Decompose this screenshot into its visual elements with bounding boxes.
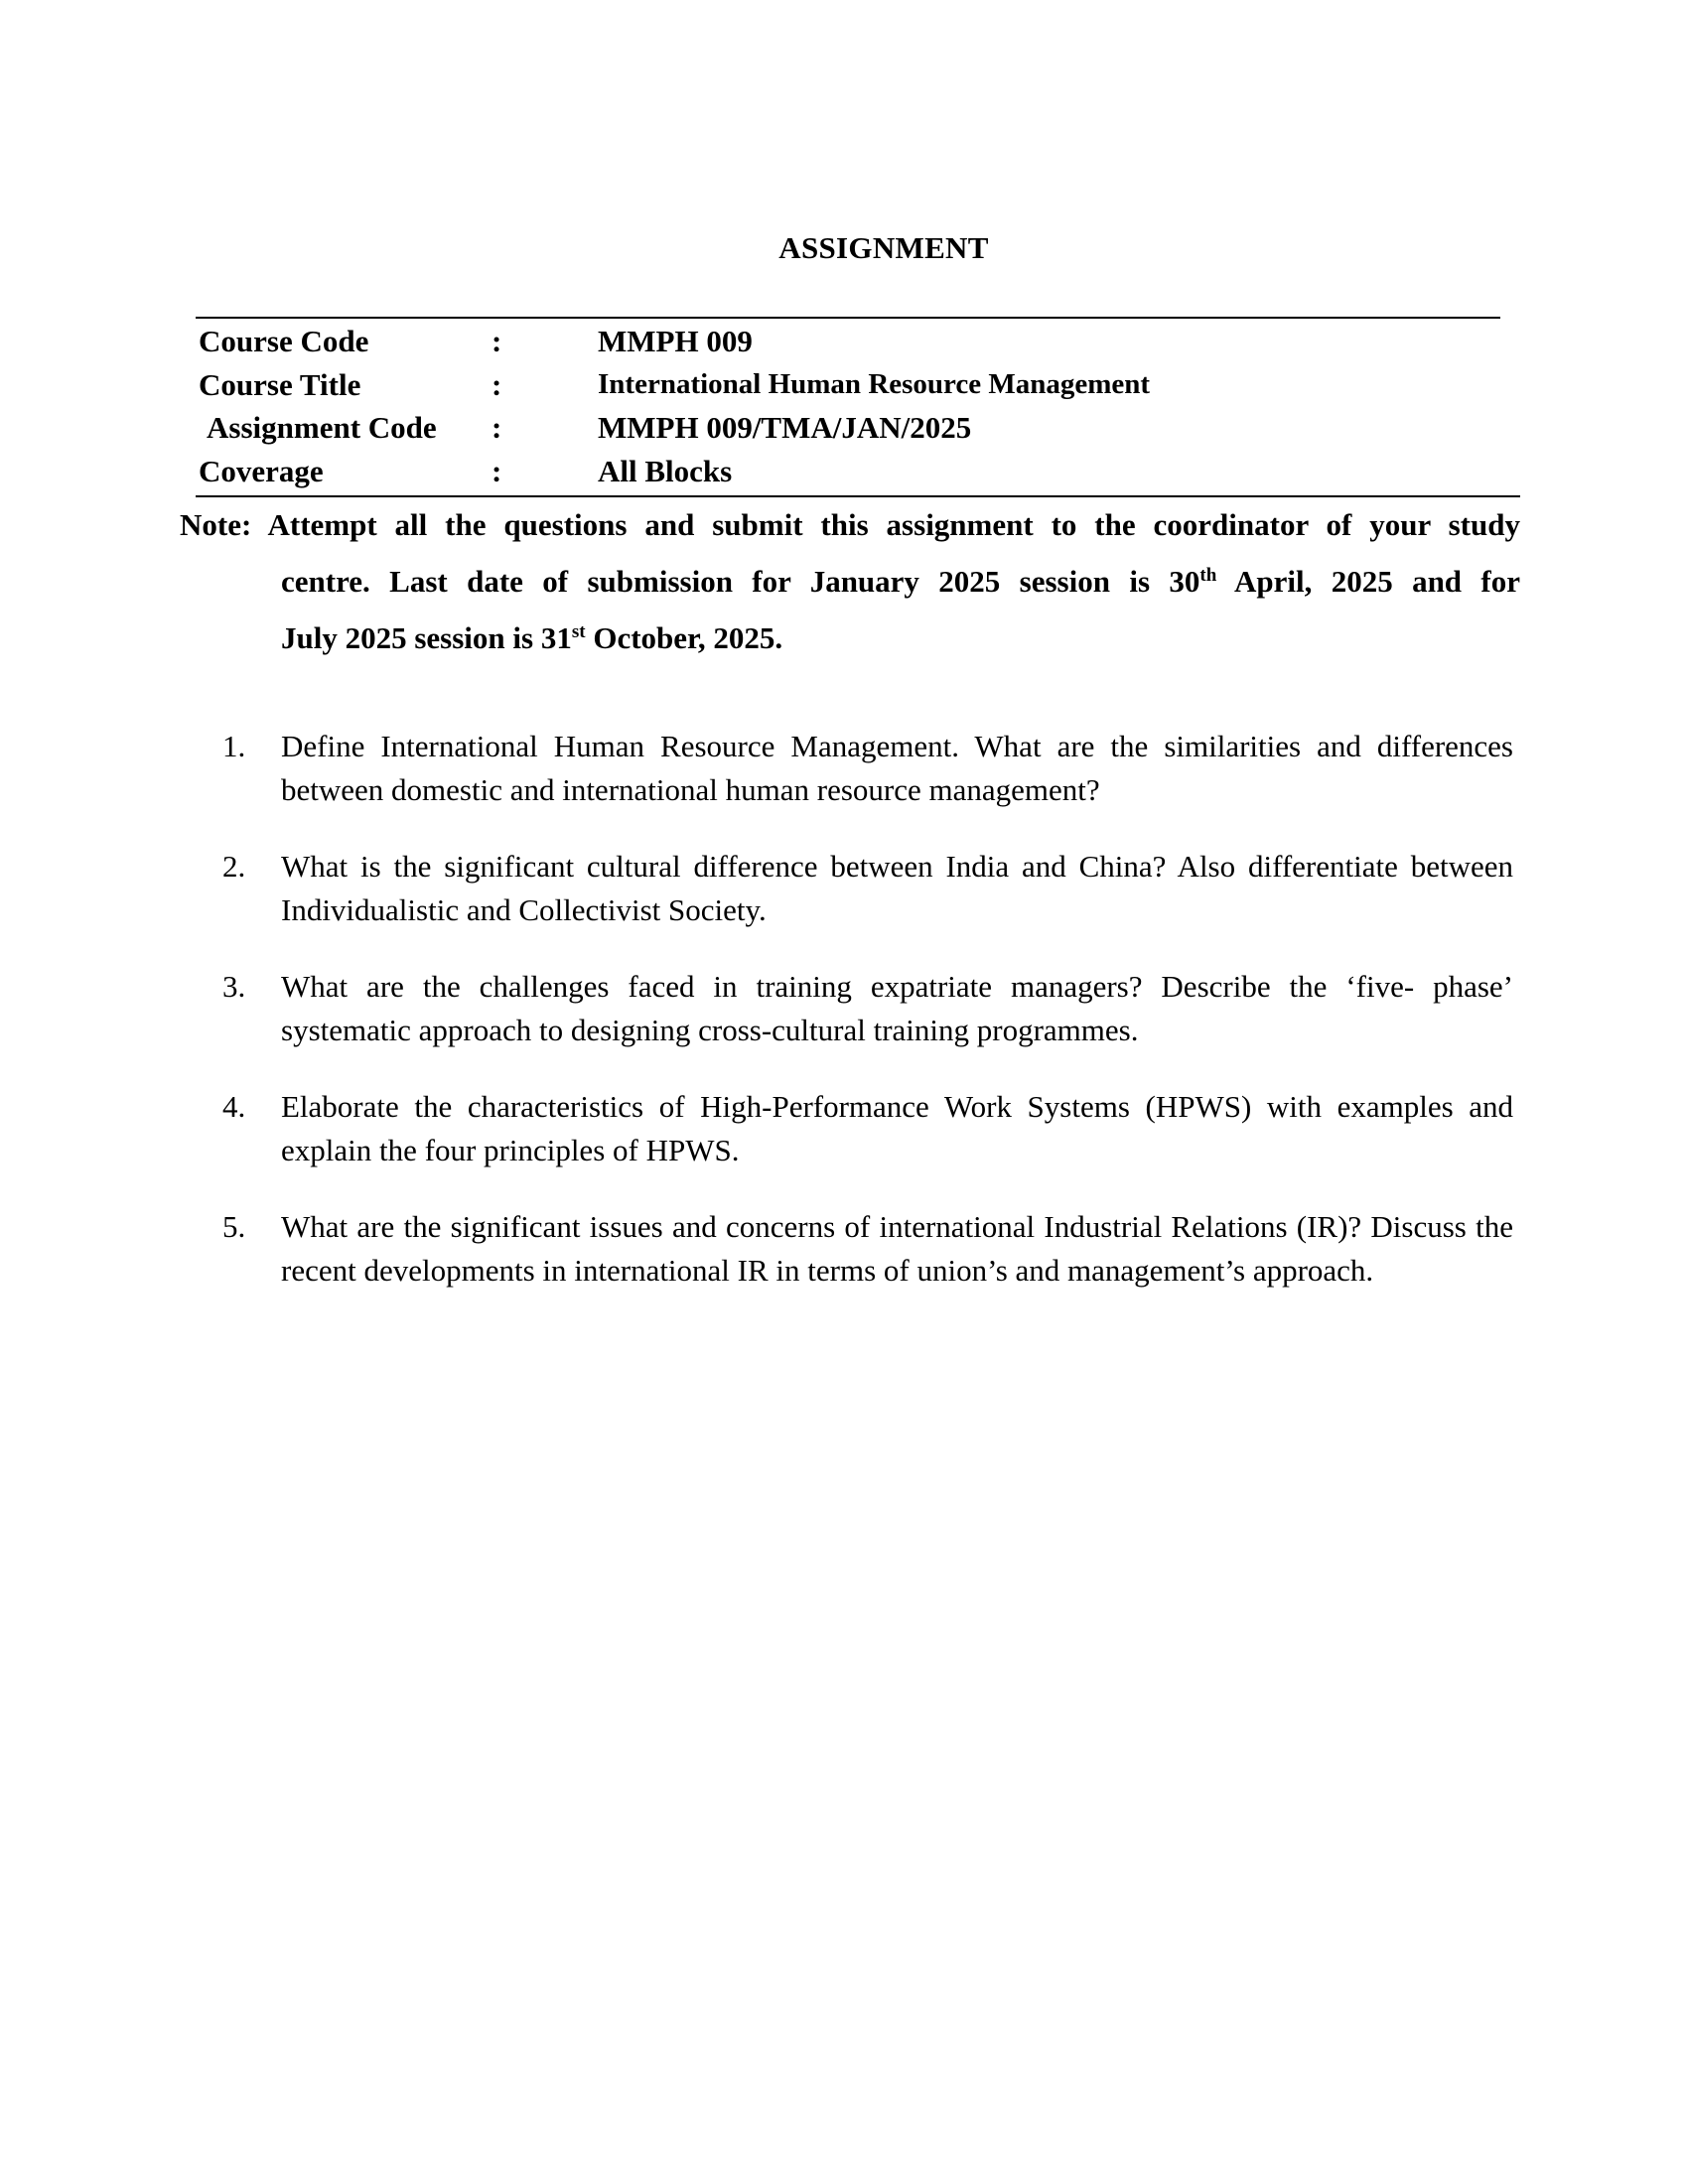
question-text: What are the challenges faced in trainin… [281, 969, 1513, 1047]
question-list: 1. Define International Human Resource M… [222, 725, 1513, 1325]
assignment-code-value: MMPH 009/TMA/JAN/2025 [598, 406, 971, 449]
question-item: 5. What are the significant issues and c… [222, 1205, 1513, 1293]
course-code-label: Course Code [199, 320, 368, 362]
note-text: October, 2025. [586, 620, 783, 655]
note-text: July 2025 session is 31 [281, 620, 572, 655]
separator: : [492, 450, 501, 492]
assignment-code-label: Assignment Code [207, 406, 437, 449]
question-item: 1. Define International Human Resource M… [222, 725, 1513, 812]
separator: : [492, 406, 501, 449]
note-line-1: Note: Attempt all the questions and subm… [180, 496, 1520, 553]
note-text: centre. Last date of submission for Janu… [281, 564, 1199, 599]
separator: : [492, 320, 501, 362]
question-number: 4. [222, 1085, 245, 1129]
question-text: Define International Human Resource Mana… [281, 729, 1513, 807]
note-text: April, 2025 and for [1216, 564, 1520, 599]
question-number: 3. [222, 965, 245, 1009]
separator: : [492, 363, 501, 406]
question-text: What is the significant cultural differe… [281, 849, 1513, 927]
question-text: Elaborate the characteristics of High-Pe… [281, 1089, 1513, 1167]
ordinal-suffix: th [1199, 565, 1216, 586]
ordinal-suffix: st [572, 621, 586, 642]
submission-note: Note: Attempt all the questions and subm… [180, 496, 1520, 666]
coverage-label: Coverage [199, 450, 324, 492]
note-line-2: centre. Last date of submission for Janu… [180, 553, 1520, 610]
page-title: ASSIGNMENT [0, 230, 1688, 266]
question-number: 5. [222, 1205, 245, 1249]
note-line-3: July 2025 session is 31st October, 2025. [180, 610, 1520, 666]
course-title-label: Course Title [199, 363, 360, 406]
question-item: 3. What are the challenges faced in trai… [222, 965, 1513, 1052]
divider-top [196, 317, 1500, 319]
question-item: 2. What is the significant cultural diff… [222, 845, 1513, 932]
question-item: 4. Elaborate the characteristics of High… [222, 1085, 1513, 1172]
coverage-value: All Blocks [598, 450, 732, 492]
course-title-value: International Human Resource Management [598, 363, 1150, 406]
course-code-value: MMPH 009 [598, 320, 753, 362]
question-number: 1. [222, 725, 245, 768]
question-number: 2. [222, 845, 245, 888]
question-text: What are the significant issues and conc… [281, 1209, 1513, 1288]
